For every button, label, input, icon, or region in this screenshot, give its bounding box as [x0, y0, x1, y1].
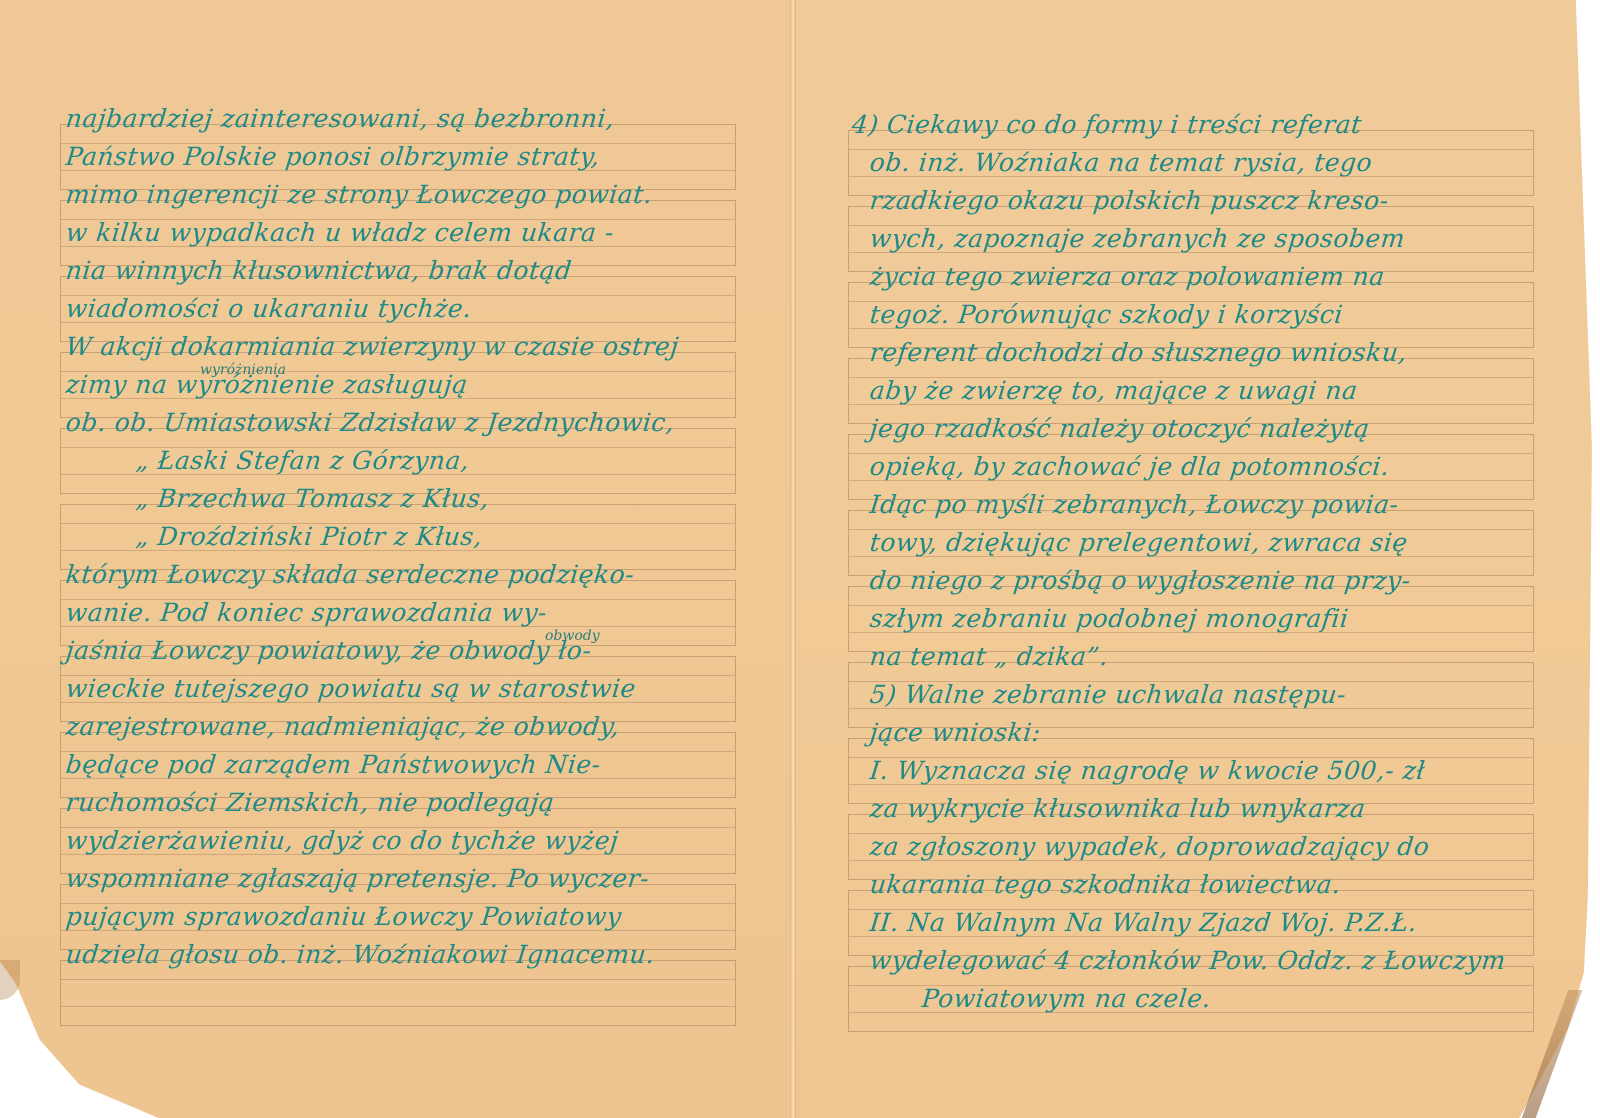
handwritten-line: tegoż. Porównując szkody i korzyści: [850, 296, 1554, 334]
handwritten-line: pującym sprawozdaniu Łowczy Powiatowy: [64, 898, 758, 936]
handwritten-line: zarejestrowane, nadmieniając, że obwody,: [64, 708, 758, 746]
handwritten-line: „ Łaski Stefan z Górzyna,: [64, 442, 758, 480]
handwritten-line: ruchomości Ziemskich, nie podlegają: [64, 784, 758, 822]
handwritten-line: do niego z prośbą o wygłoszenie na przy-: [850, 562, 1554, 600]
handwritten-line: opieką, by zachować je dla potomności.: [850, 448, 1554, 486]
notebook-spine: [790, 0, 796, 1118]
handwritten-line: w kilku wypadkach u władz celem ukara -: [64, 214, 758, 252]
torn-edge-left: [0, 960, 20, 1000]
handwritten-line: towy, dziękując prelegentowi, zwraca się: [850, 524, 1554, 562]
handwritten-line: którym Łowczy składa serdeczne podzięko-: [64, 556, 758, 594]
handwritten-line: Idąc po myśli zebranych, Łowczy powia-: [850, 486, 1554, 524]
handwritten-line: aby że zwierzę to, mające z uwagi na: [850, 372, 1554, 410]
handwritten-line: wanie. Pod koniec sprawozdania wy-: [64, 594, 758, 632]
handwritten-line: W akcji dokarmiania zwierzyny w czasie o…: [64, 328, 758, 366]
notebook-spread: najbardziej zainteresowani, są bezbronni…: [0, 0, 1600, 1118]
handwritten-line: Państwo Polskie ponosi olbrzymie straty,: [64, 138, 758, 176]
handwritten-line: ob. inż. Woźniaka na temat rysia, tego: [850, 144, 1554, 182]
handwritten-line: na temat „ dzika”.: [850, 638, 1554, 676]
handwritten-line: najbardziej zainteresowani, są bezbronni…: [64, 100, 758, 138]
handwritten-line: 5) Walne zebranie uchwala następu-: [850, 676, 1554, 714]
handwritten-line: wydzierżawieniu, gdyż co do tychże wyżej: [64, 822, 758, 860]
handwritten-line: „ Brzechwa Tomasz z Kłus,: [64, 480, 758, 518]
handwritten-line: wych, zapoznaje zebranych ze sposobem: [850, 220, 1554, 258]
handwritten-line: I. Wyznacza się nagrodę w kwocie 500,- z…: [850, 752, 1554, 790]
handwritten-line: Powiatowym na czele.: [850, 980, 1554, 1018]
left-page-text: najbardziej zainteresowani, są bezbronni…: [66, 100, 756, 974]
handwritten-line: udziela głosu ob. inż. Woźniakowi Ignace…: [64, 936, 758, 974]
handwritten-line: wydelegować 4 członków Pow. Oddz. z Łowc…: [850, 942, 1554, 980]
handwritten-line: jaśnia Łowczy powiatowy, że obwody ło-: [64, 632, 758, 670]
handwritten-line: mimo ingerencji ze strony Łowczego powia…: [64, 176, 758, 214]
handwritten-line: szłym zebraniu podobnej monografii: [850, 600, 1554, 638]
handwritten-line: zimy na wyróżnienie zasługują: [64, 366, 758, 404]
handwritten-line: II. Na Walnym Na Walny Zjazd Woj. P.Z.Ł.: [850, 904, 1554, 942]
handwritten-line: jące wnioski:: [850, 714, 1554, 752]
interlinear-correction: obwody: [545, 628, 600, 644]
handwritten-line: za wykrycie kłusownika lub wnykarza: [850, 790, 1554, 828]
handwritten-line: 4) Ciekawy co do formy i treści referat: [850, 106, 1554, 144]
handwritten-line: ob. ob. Umiastowski Zdzisław z Jezdnycho…: [64, 404, 758, 442]
handwritten-line: nia winnych kłusownictwa, brak dotąd: [64, 252, 758, 290]
handwritten-line: wiadomości o ukaraniu tychże.: [64, 290, 758, 328]
handwritten-line: ukarania tego szkodnika łowiectwa.: [850, 866, 1554, 904]
handwritten-line: rzadkiego okazu polskich puszcz kreso-: [850, 182, 1554, 220]
right-page-text: 4) Ciekawy co do formy i treści referat …: [852, 106, 1552, 1018]
handwritten-line: za zgłoszony wypadek, doprowadzający do: [850, 828, 1554, 866]
interlinear-correction: wyróżnienia: [200, 362, 286, 378]
handwritten-line: referent dochodzi do słusznego wniosku,: [850, 334, 1554, 372]
handwritten-line: „ Droździński Piotr z Kłus,: [64, 518, 758, 556]
handwritten-line: wspomniane zgłaszają pretensje. Po wycze…: [64, 860, 758, 898]
handwritten-line: życia tego zwierza oraz polowaniem na: [850, 258, 1554, 296]
handwritten-line: jego rzadkość należy otoczyć należytą: [850, 410, 1554, 448]
handwritten-line: wieckie tutejszego powiatu są w starostw…: [64, 670, 758, 708]
handwritten-line: będące pod zarządem Państwowych Nie-: [64, 746, 758, 784]
